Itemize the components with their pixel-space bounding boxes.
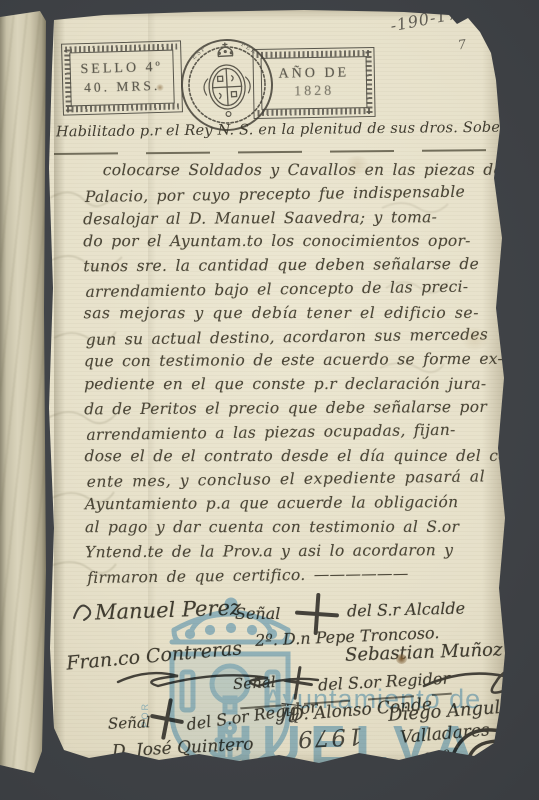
stamp-sello-text: SELLO 4º: [80, 60, 163, 78]
s-flourish: [334, 752, 378, 796]
senal-cross-regidor-quintero: [146, 695, 187, 743]
previous-page-bleedthrough: [0, 11, 46, 773]
manuscript-line: colocarse Soldados y Cavallos en las pie…: [103, 159, 511, 183]
manuscript-line: arrendamiento a las piezas ocupadas, fij…: [86, 418, 514, 448]
manuscript-line: firmaron de que certifico. ——————: [87, 561, 515, 591]
manuscript-line: sas mejoras y que debía tener el edifici…: [84, 302, 512, 326]
manuscript-line: desalojar al D. Manuel Saavedra; y toma-: [83, 205, 511, 231]
stamp-year-label: AÑO DE: [278, 65, 349, 82]
archival-folio-note: -190-17: [389, 4, 460, 36]
senal-label-alcalde: Señal: [235, 604, 280, 623]
perez-flourish: [70, 594, 98, 624]
manuscript-page: -190-17 7 SELLO 4º 40. MRS. ESP FER: [44, 8, 512, 776]
manuscript-body: colocarse Soldados y Cavallos en las pie…: [83, 158, 514, 589]
seal-shield: [208, 64, 246, 110]
ju-mark: Ju: [279, 704, 301, 728]
manuscript-line: que con testimonio de este acuerdo se fo…: [84, 348, 512, 374]
habilitacion-underline: [54, 149, 502, 155]
senal-label-regidor-conde: Señal: [233, 673, 276, 693]
inverted-archival-number: 1979: [295, 722, 363, 751]
manuscript-line: Ayuntamiento p.a que acuerde la obligaci…: [85, 491, 513, 517]
manuscript-line: arrendamiento bajo el concepto de las pr…: [85, 275, 513, 305]
scan-background: -190-17 7 SELLO 4º 40. MRS. ESP FER: [0, 0, 539, 800]
angulo-rubric: [442, 708, 538, 780]
senal-cross-regidor-conde: [281, 664, 316, 702]
senal-label-regidor-quintero: Señal: [108, 713, 151, 732]
habilitacion-line: Habilitado p.r el Rey N. S. en la plenit…: [56, 120, 508, 141]
seal-crown-icon: [218, 43, 233, 57]
archival-folio-note-small: 7: [457, 37, 467, 53]
stamp-year-value: 1828: [294, 84, 334, 101]
revenue-stamp-left: SELLO 4º 40. MRS.: [61, 40, 183, 115]
senal-of-alcalde: del S.r Alcalde: [347, 598, 466, 620]
manuscript-line: Yntend.te de la Prov.a y asi lo acordaro…: [85, 538, 513, 564]
manuscript-line: do por el Ayuntam.to los conocimientos o…: [83, 230, 511, 254]
stamp-mrs-text: 40. MRS.: [84, 78, 161, 96]
manuscript-line: pediente en el que conste p.r declaració…: [84, 373, 512, 397]
year-stamp-right: AÑO DE 1828: [252, 47, 375, 119]
previous-page-edge: [0, 11, 46, 773]
edge-shadow-bottom: [44, 750, 512, 776]
signature-manuel-perez: Manuel Perez: [95, 595, 242, 624]
manuscript-line: al pago y dar cuenta con testimonio al S…: [85, 516, 513, 540]
